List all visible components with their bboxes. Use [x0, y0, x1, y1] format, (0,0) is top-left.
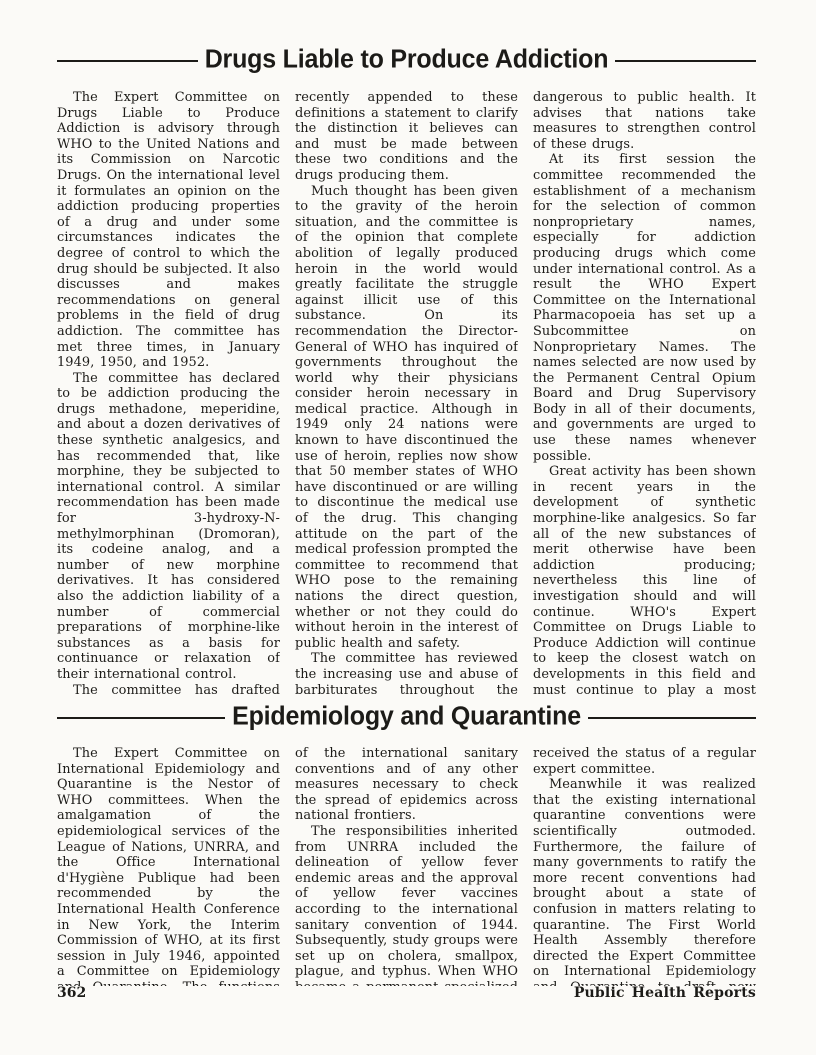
article1-column-3: dangerous to public health. It advises t…: [533, 90, 756, 698]
journal-name: Public Health Reports: [574, 985, 756, 1001]
article2-header: Epidemiology and Quarantine: [57, 701, 756, 735]
article2-column-3: received the status of a regular expert …: [533, 746, 756, 986]
paragraph: At its first session the committee recom…: [533, 152, 756, 464]
article1-header: Drugs Liable to Produce Addiction: [57, 44, 756, 78]
paragraph: recently appended to these definitions a…: [295, 90, 518, 184]
paragraph: received the status of a regular expert …: [533, 746, 756, 777]
article1-title: Drugs Liable to Produce Addiction: [203, 44, 611, 78]
paragraph: Great activity has been shown in recent …: [533, 464, 756, 698]
article2-title: Epidemiology and Quarantine: [230, 701, 583, 735]
title-rule-right: [615, 60, 756, 62]
article1-body: The Expert Committee on Drugs Liable to …: [57, 90, 756, 698]
paragraph: dangerous to public health. It advises t…: [533, 90, 756, 152]
paragraph: The responsibilities inherited from UNRR…: [295, 824, 518, 986]
paragraph: Meanwhile it was realized that the exist…: [533, 777, 756, 986]
paragraph: The committee has reviewed the increasin…: [295, 651, 518, 698]
article1-column-1: The Expert Committee on Drugs Liable to …: [57, 90, 280, 698]
title-rule-right: [588, 717, 756, 719]
title-rule-left: [57, 60, 198, 62]
title-rule-left: [57, 717, 225, 719]
article2-body: The Expert Committee on International Ep…: [57, 746, 756, 986]
paragraph: The committee has declared to be addicti…: [57, 371, 280, 683]
paragraph: The Expert Committee on International Ep…: [57, 746, 280, 986]
paragraph: The committee has drafted definitions of…: [57, 683, 280, 698]
paragraph: of the international sanitary convention…: [295, 746, 518, 824]
article1-column-2: recently appended to these definitions a…: [295, 90, 518, 698]
paragraph: The Expert Committee on Drugs Liable to …: [57, 90, 280, 371]
page-footer: 362 Public Health Reports: [57, 985, 756, 1001]
article2-column-1: The Expert Committee on International Ep…: [57, 746, 280, 986]
article2-column-2: of the international sanitary convention…: [295, 746, 518, 986]
paragraph: Much thought has been given to the gravi…: [295, 184, 518, 652]
journal-page: Drugs Liable to Produce Addiction The Ex…: [0, 0, 816, 1055]
page-number: 362: [57, 985, 86, 1001]
